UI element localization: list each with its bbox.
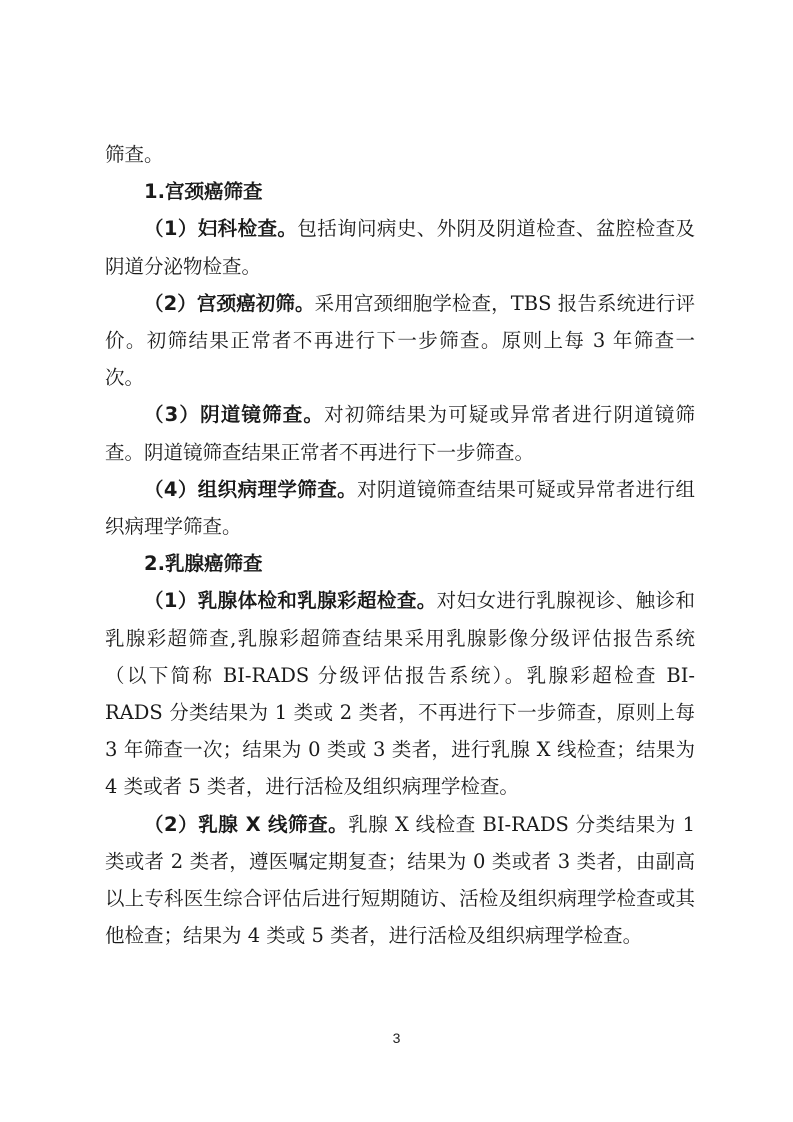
paragraph: （2）乳腺 X 线筛查。乳腺 X 线检查 BI-RADS 分类结果为 1 类或者… (105, 806, 695, 955)
paragraph: （4）组织病理学筛查。对阴道镜筛查结果可疑或异常者进行组织病理学筛查。 (105, 471, 695, 545)
page-number: 3 (0, 1030, 793, 1046)
continuation-text: 筛查。 (105, 136, 695, 173)
paragraph: （2）宫颈癌初筛。采用宫颈细胞学检查，TBS 报告系统进行评价。初筛结果正常者不… (105, 285, 695, 397)
section-heading-cervical: 1.宫颈癌筛查 (105, 173, 695, 210)
paragraph-lead: （1）妇科检查。 (144, 217, 297, 240)
paragraph-lead: （3）阴道镜筛查。 (144, 403, 324, 426)
paragraph-lead: （2）乳腺 X 线筛查。 (144, 813, 348, 836)
paragraph-lead: （1）乳腺体检和乳腺彩超检查。 (144, 589, 437, 612)
document-page: 筛查。 1.宫颈癌筛查 （1）妇科检查。包括询问病史、外阴及阴道检查、盆腔检查及… (105, 136, 695, 954)
section-heading-breast: 2.乳腺癌筛查 (105, 545, 695, 582)
paragraph-lead: （4）组织病理学筛查。 (144, 478, 357, 501)
paragraph: （3）阴道镜筛查。对初筛结果为可疑或异常者进行阴道镜筛查。阴道镜筛查结果正常者不… (105, 396, 695, 470)
paragraph: （1）妇科检查。包括询问病史、外阴及阴道检查、盆腔检查及阴道分泌物检查。 (105, 210, 695, 284)
paragraph-lead: （2）宫颈癌初筛。 (144, 292, 315, 315)
paragraph: （1）乳腺体检和乳腺彩超检查。对妇女进行乳腺视诊、触诊和乳腺彩超筛查,乳腺彩超筛… (105, 582, 695, 805)
paragraph-body: 对妇女进行乳腺视诊、触诊和乳腺彩超筛查,乳腺彩超筛查结果采用乳腺影像分级评估报告… (105, 589, 695, 798)
